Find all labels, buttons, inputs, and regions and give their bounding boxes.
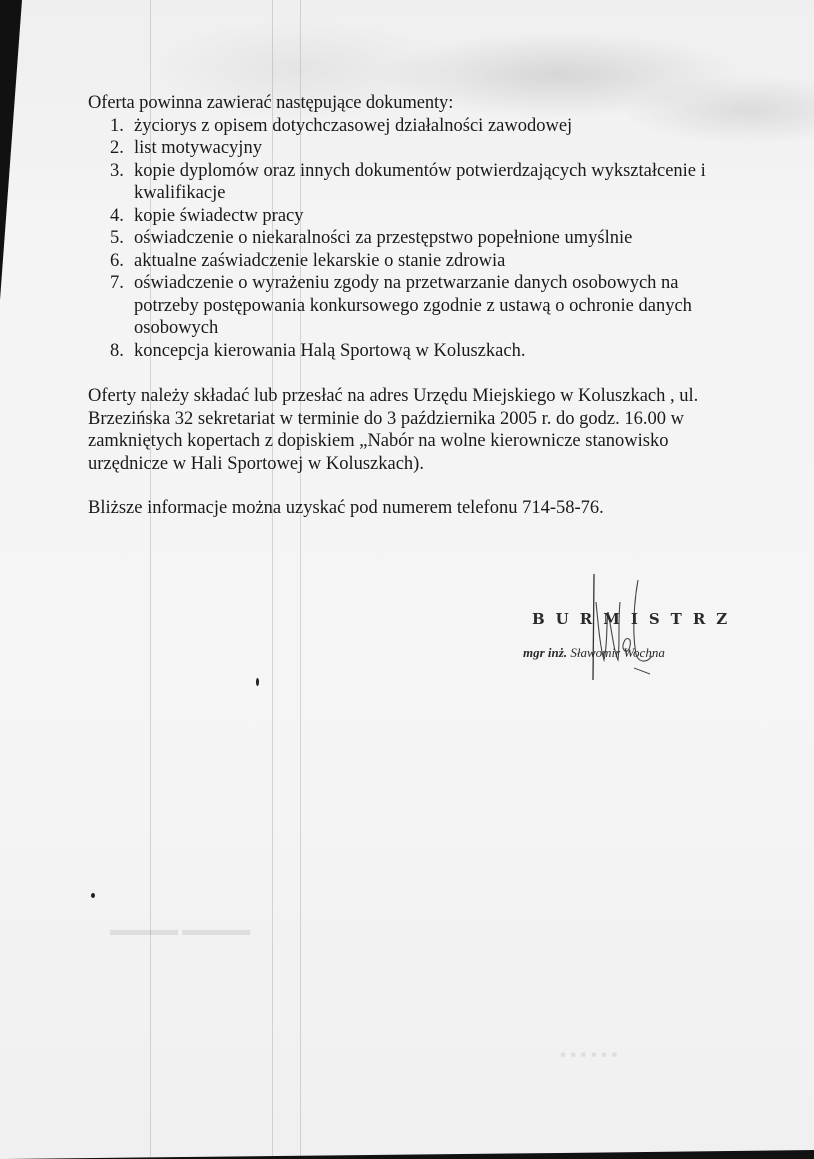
- scan-speck: [256, 678, 259, 686]
- list-item: 3.kopie dyplomów oraz innych dokumentów …: [110, 160, 738, 205]
- signatory-full-name: Sławomir Wochna: [570, 645, 665, 660]
- list-item-text: oświadczenie o wyrażeniu zgody na przetw…: [134, 272, 738, 340]
- list-item-text: kopie dyplomów oraz innych dokumentów po…: [134, 160, 738, 205]
- list-item-number: 1.: [110, 115, 134, 138]
- contact-paragraph: Bliższe informacje można uzyskać pod num…: [88, 497, 738, 520]
- list-item-number: 3.: [110, 160, 134, 205]
- list-item: 5.oświadczenie o niekaralności za przest…: [110, 227, 738, 250]
- list-item-number: 2.: [110, 137, 134, 160]
- list-item-number: 7.: [110, 272, 134, 340]
- requirements-list: 1.życiorys z opisem dotychczasowej dział…: [88, 115, 738, 363]
- list-item: 7.oświadczenie o wyrażeniu zgody na prze…: [110, 272, 738, 340]
- list-item-text: kopie świadectw pracy: [134, 205, 738, 228]
- signature-title: BURMISTRZ: [532, 610, 732, 628]
- signatory-name: mgr inż. Sławomir Wochna: [523, 645, 732, 661]
- list-item-number: 5.: [110, 227, 134, 250]
- list-item: 6.aktualne zaświadczenie lekarskie o sta…: [110, 250, 738, 273]
- scanned-page: ▬▬▬▬ ▬▬▬▬ ▪ ▪ ▪ ▪ ▪ ▪ Oferta powinna zaw…: [0, 0, 814, 1159]
- signatory-prefix: mgr inż.: [523, 645, 567, 660]
- submission-paragraph: Oferty należy składać lub przesłać na ad…: [88, 385, 738, 475]
- list-item-number: 6.: [110, 250, 134, 273]
- document-body: Oferta powinna zawierać następujące doku…: [88, 92, 738, 520]
- list-item-number: 8.: [110, 340, 134, 363]
- list-item-text: koncepcja kierowania Halą Sportową w Kol…: [134, 340, 738, 363]
- list-item-text: życiorys z opisem dotychczasowej działal…: [134, 115, 738, 138]
- list-item-number: 4.: [110, 205, 134, 228]
- scan-speck: [91, 893, 95, 898]
- list-item-text: aktualne zaświadczenie lekarskie o stani…: [134, 250, 738, 273]
- signature-block: BURMISTRZ mgr inż. Sławomir Wochna: [532, 610, 732, 661]
- list-item: 4.kopie świadectw pracy: [110, 205, 738, 228]
- list-item: 2.list motywacyjny: [110, 137, 738, 160]
- list-item: 1.życiorys z opisem dotychczasowej dział…: [110, 115, 738, 138]
- bleed-through-text: ▬▬▬▬ ▬▬▬▬: [110, 920, 250, 940]
- list-item-text: oświadczenie o niekaralności za przestęp…: [134, 227, 738, 250]
- list-item-text: list motywacyjny: [134, 137, 738, 160]
- list-item: 8.koncepcja kierowania Halą Sportową w K…: [110, 340, 738, 363]
- intro-line: Oferta powinna zawierać następujące doku…: [88, 92, 738, 115]
- bleed-through-text: ▪ ▪ ▪ ▪ ▪ ▪: [560, 1045, 617, 1065]
